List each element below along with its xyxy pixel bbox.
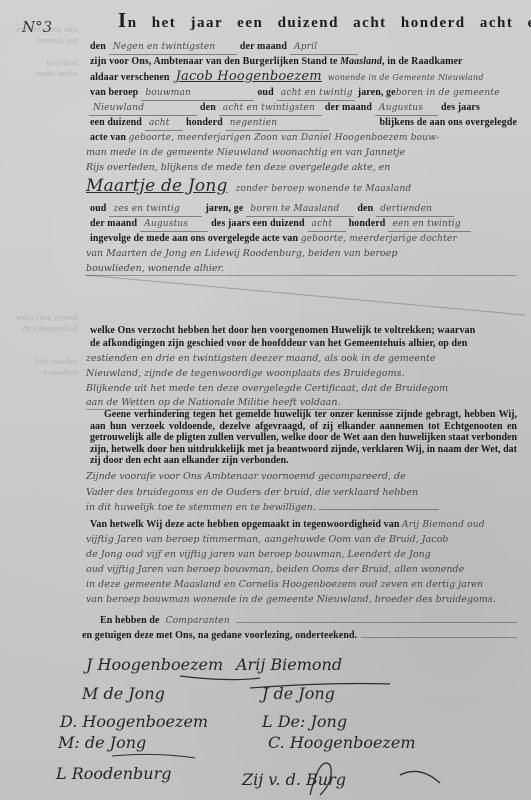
groom-birth-month: Augustus [375,102,438,116]
militia-line-1: Blijkende uit het mede ten deze overgele… [86,382,521,395]
registrar-flourish [290,755,450,800]
consent-line-3: in dit huwelijk toe te stemmen en te bew… [86,501,521,515]
militia-line-2: aan de Wetten op de Nationale Militie he… [86,396,401,410]
date-line: den Negen en twintigsten der maand April [90,40,517,55]
month-field: April [290,41,358,55]
groom-occupation-line: van beroep bouwman oud acht en twintig j… [90,86,517,101]
signature-bride: M de Jong [82,684,165,703]
bride-age-line: oud zes en twintig jaren, ge boren te Ma… [90,202,517,217]
bride-name: Maartje de Jong [86,180,228,193]
groom-birth-line: Nieuwland den acht en twintigsten der ma… [86,101,517,116]
bride-birth-month: Augustus [140,218,208,232]
groom-act-line-3: Rijs overleden, blijkens de mede ten dez… [86,161,521,174]
signature-groom-father: D. Hoogenboezem [60,712,208,731]
bride-name-line: Maartje de Jong zonder beroep wonende te… [86,180,517,196]
official-line: zijn voor Ons, Ambtenaar van den Burgerl… [90,55,517,68]
witness-line-3: oud vijftig Jaren van beroep bouwman, be… [86,563,521,576]
bride-act-line-2: van Maarten de Jong en Lidewij Roodenbur… [86,247,521,260]
groom-name-line: aldaar verschenen Jacob Hoogenboezem won… [90,70,517,84]
certificate-page: aluu oonns lelihrewhxn alsuoreoooob meaa… [0,0,531,800]
signature-witness-3: L De: Jong [262,712,347,731]
consent-line-1: Zijnde voorafe voor Ons Ambtenaar voorno… [86,470,521,483]
witness-line-4: in deze gemeente Maasland en Cornelis Ho… [86,578,521,591]
declaration-text: Geene verhindering tegen het gemelde huw… [90,409,517,467]
blank-strike-line [80,270,530,320]
day-field: Negen en twintigsten [109,41,237,55]
bleed-through-text: hoerrev amO ealewhaslaeuoeeb o nbaoibawn… [8,312,78,378]
groom-act-line: acte van geboorte, meerderjarigen Zoon v… [90,131,517,145]
place-name: Maasland [340,55,382,68]
banns-line-2: Nieuwland, zijnde de tegenwoordige woonp… [86,367,521,380]
closing-line-2: en getuigen deze met Ons, na gedane voor… [82,629,517,642]
signature-witness-4: C. Hoogenboezem [268,733,416,752]
bride-birthplace: boren te Maasland [246,203,354,217]
groom-year-line: een duizend acht honderd negentien blijk… [90,116,517,131]
request-line-1: welke Ons verzocht hebben het door hen v… [90,324,517,337]
groom-birthplace: Nieuwland [89,102,197,116]
signature-bride-mother: L Roodenburg [56,764,171,783]
signature-underline [110,750,200,764]
witnesses-intro-line: Van hetwelk Wij deze acte hebben opgemaa… [90,518,517,532]
groom-occupation: bouwman [141,87,254,101]
opening-line: I n het jaar een duizend acht honderd ac… [118,14,517,30]
bride-act-line: ingevolge de mede aan ons overgelegde ac… [90,232,517,246]
groom-age: acht en twintig [277,87,355,101]
drop-cap: I [118,14,128,27]
groom-name: Jacob Hoogenboezem [176,70,322,83]
groom-birth-year: negentien [226,117,329,131]
bride-age: zes en twintig [109,203,202,217]
groom-act-line-2: man mede in de gemeente Nieuwland woonac… [86,146,521,159]
groom-birth-day: acht en twintigsten [219,102,322,116]
opening-text: n het jaar een duizend acht honderd acht… [128,17,531,30]
closing-line-1: En hebben de Comparanten [100,614,517,628]
signature-flourish [170,670,400,700]
banns-line-1: zestienden en drie en twintigsten deezer… [86,352,521,365]
bride-birth-year: een en twintig [388,218,471,232]
request-line-2: de afkondigingen zijn geschied voor de h… [90,337,517,350]
bride-birth-day: dertienden [376,203,454,217]
witness-line-1: vijftig Jaren van beroep timmerman, aang… [86,533,521,546]
record-number: N°3 [22,18,52,36]
witness-line-2: de Jong oud vijf en vijftig jaren van be… [86,548,521,561]
bride-month-line: der maand Augustus des jaars een duizend… [90,217,517,232]
consent-line-2: Vader des bruidegoms en de Ouders der br… [86,486,521,499]
witness-line-5: van beroep bouwman wonende in de gemeent… [86,593,521,606]
